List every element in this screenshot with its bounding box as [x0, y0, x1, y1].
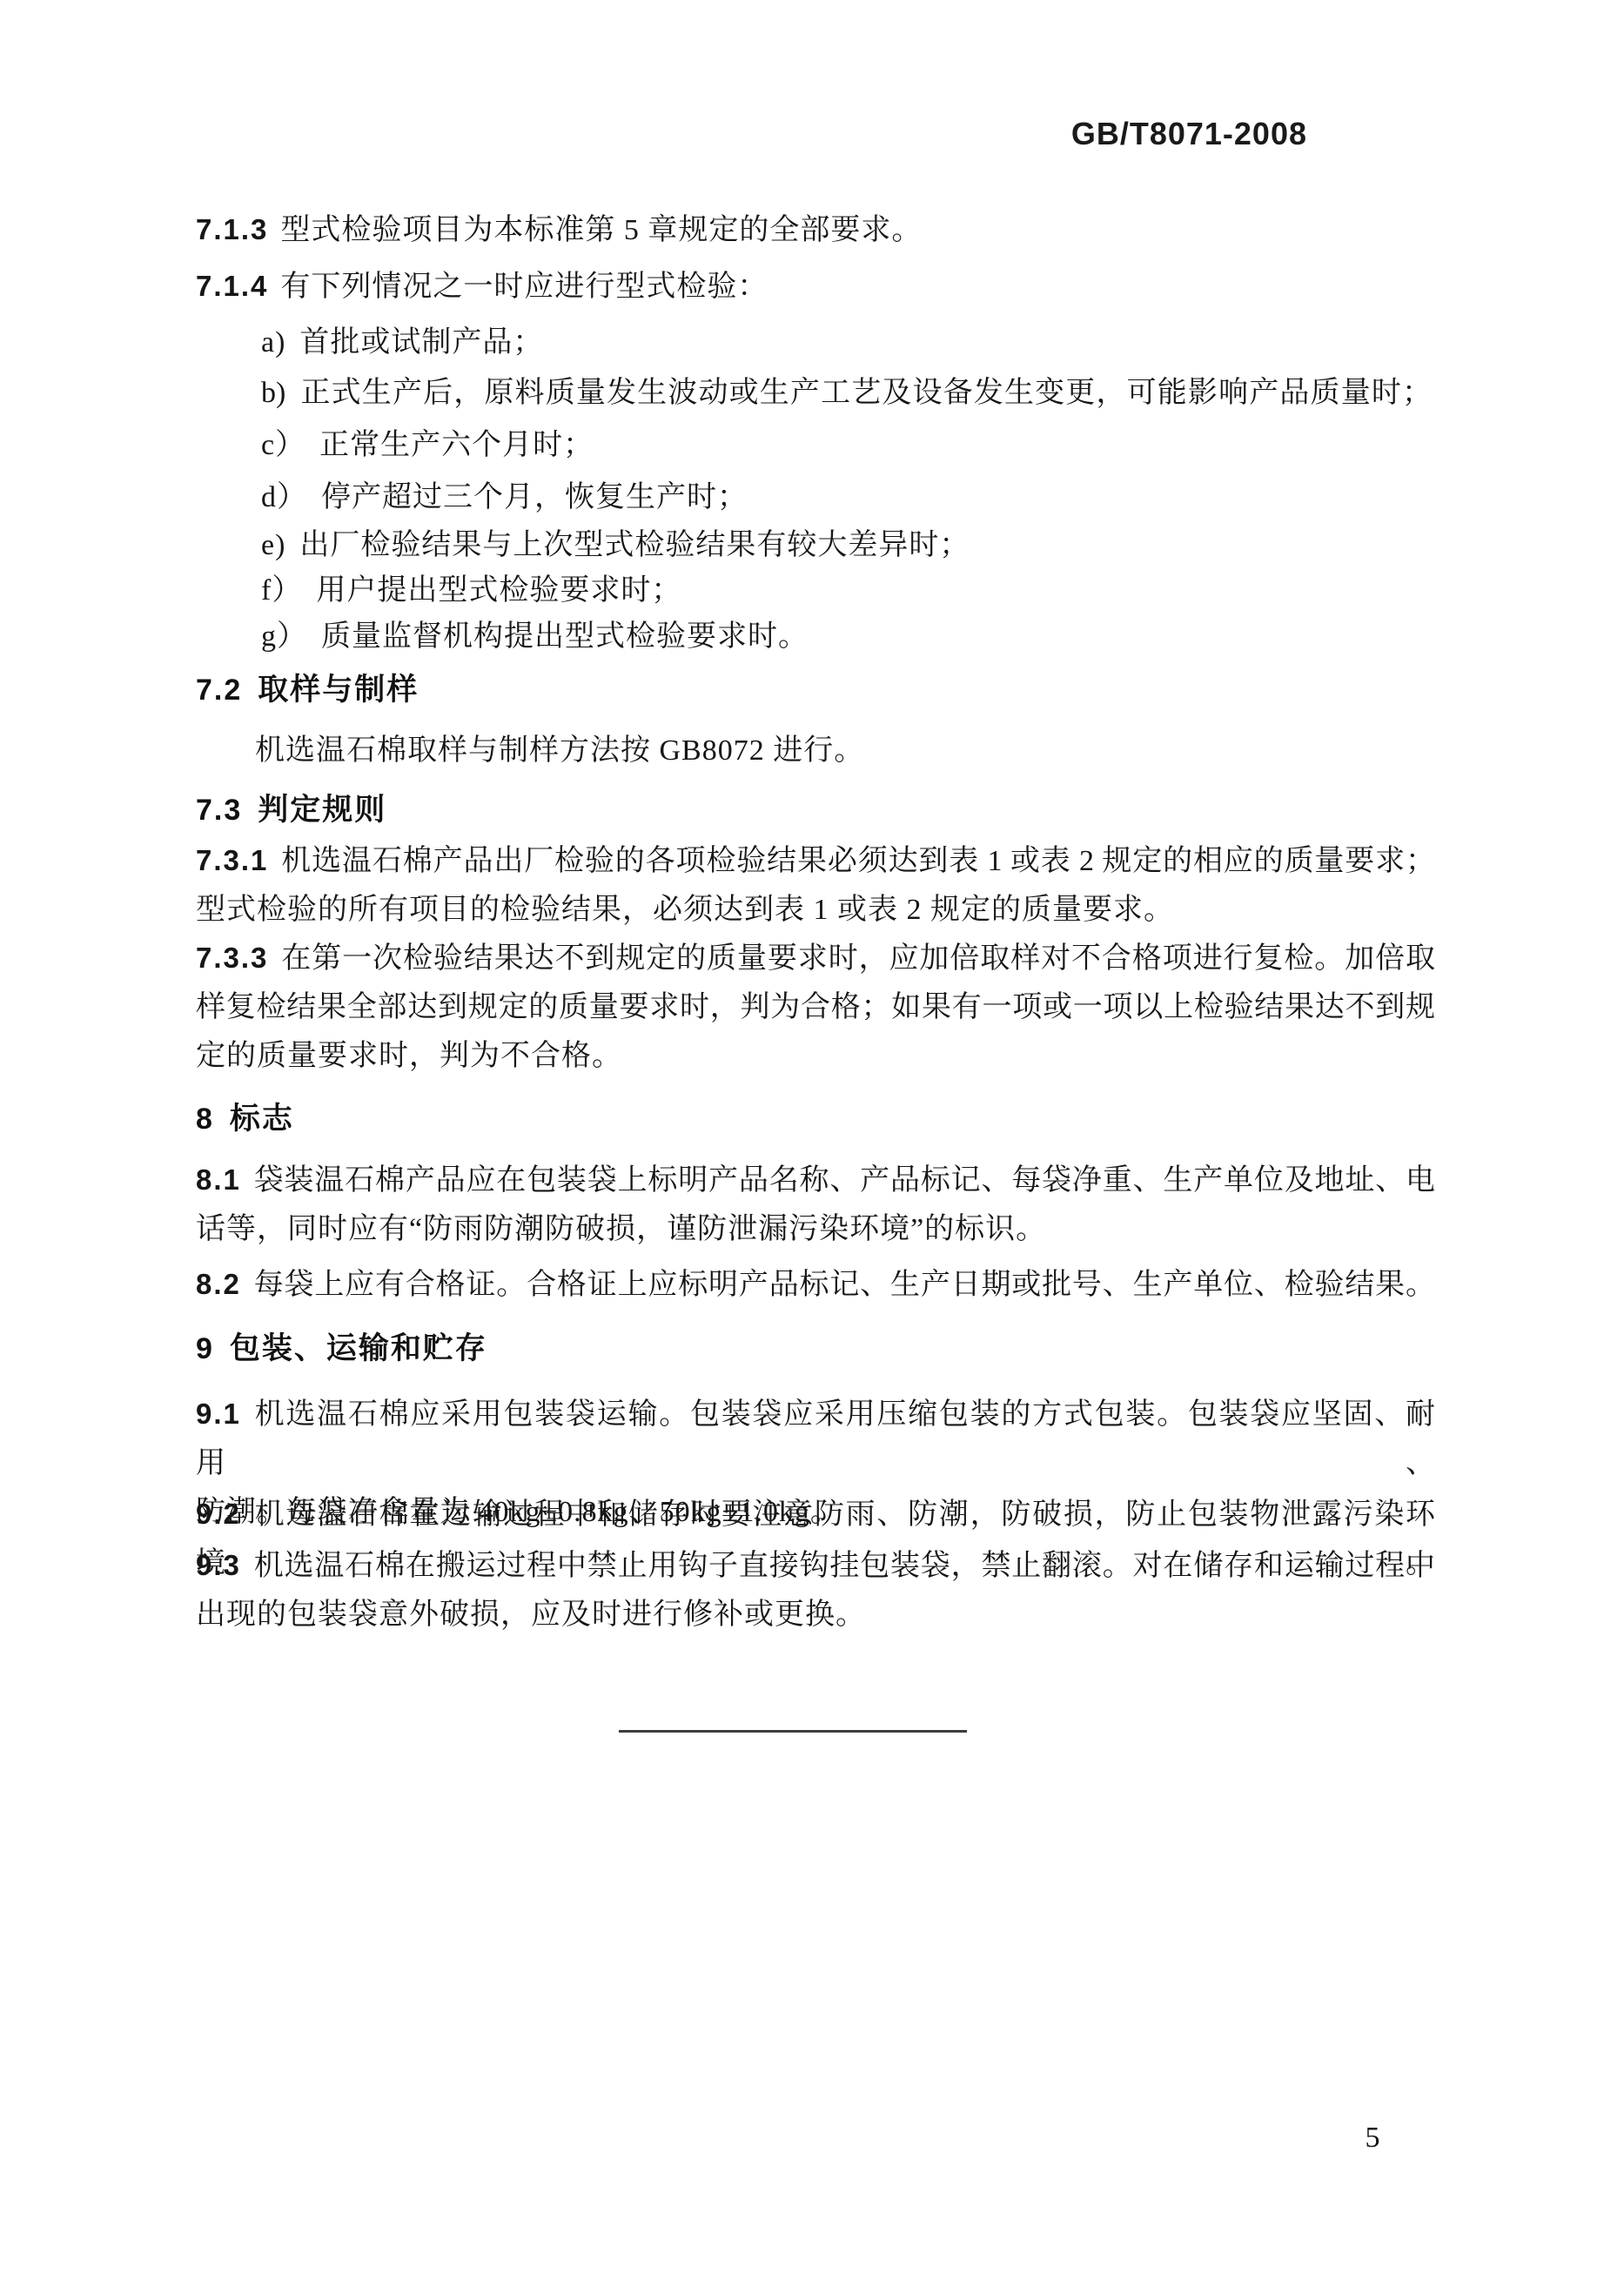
clause-number: 7.1.3 [196, 213, 268, 245]
clause-number: 8.1 [196, 1163, 241, 1196]
item-label: g） [261, 620, 307, 653]
list-item-g: g）质量监督机构提出型式检验要求时。 [261, 613, 1432, 661]
list-item-d: d）停产超过三个月，恢复生产时； [261, 473, 1432, 522]
end-of-text-divider [619, 1730, 967, 1733]
clause-text: 每袋上应有合格证。合格证上应标明产品标记、生产日期或批号、生产单位、检验结果。 [253, 1269, 1435, 1301]
heading-number: 9 [196, 1332, 214, 1365]
clause-text: 出现的包装袋意外破损，应及时进行修补或更换。 [196, 1599, 866, 1631]
clause-number: 9.1 [196, 1398, 241, 1430]
clause-text: 型式检验的所有项目的检验结果，必须达到表 1 或表 2 规定的质量要求。 [196, 894, 1174, 926]
heading-number: 7.2 [196, 674, 242, 707]
item-text: 停产超过三个月，恢复生产时； [321, 481, 748, 513]
clause-text: 在第一次检验结果达不到规定的质量要求时，应加倍取样对不合格项进行复检。加倍取 [280, 942, 1435, 975]
standard-number: GB/T8071-2008 [0, 116, 1307, 152]
heading-text: 取样与制样 [258, 673, 419, 707]
item-label: b) [261, 377, 285, 409]
item-text: 用户提出型式检验要求时； [316, 574, 681, 607]
list-item-b: b)正式生产后，原料质量发生波动或生产工艺及设备发生变更，可能影响产品质量时； [261, 369, 1432, 418]
para-7-2: 机选温石棉取样与制样方法按 GB8072 进行。 [255, 727, 1435, 775]
clause-8-1: 8.1袋装温石棉产品应在包装袋上标明产品名称、产品标记、每袋净重、生产单位及地址… [196, 1156, 1435, 1254]
clause-number: 9.2 [196, 1498, 241, 1530]
heading-number: 8 [196, 1103, 214, 1136]
clause-number: 8.2 [196, 1268, 241, 1300]
clause-number: 7.1.4 [196, 270, 268, 302]
clause-8-2: 8.2每袋上应有合格证。合格证上应标明产品标记、生产日期或批号、生产单位、检验结… [196, 1260, 1435, 1310]
heading-7-2: 7.2取样与制样 [196, 666, 1435, 714]
heading-text: 包装、运输和贮存 [230, 1331, 487, 1365]
item-label: a) [261, 326, 285, 359]
clause-number: 7.3.1 [196, 844, 268, 876]
clause-number: 9.3 [196, 1549, 241, 1581]
clause-text: 有下列情况之一时应进行型式检验： [280, 271, 768, 303]
para-text: 机选温石棉取样与制样方法按 GB8072 进行。 [255, 734, 864, 767]
item-label: c） [261, 429, 305, 461]
item-label: e) [261, 529, 285, 561]
list-item-f: f）用户提出型式检验要求时； [261, 567, 1432, 615]
document-page: GB/T8071-2008 7.1.3型式检验项目为本标准第 5 章规定的全部要… [0, 0, 1624, 2293]
clause-text: 机选温石棉在搬运过程中禁止用钩子直接钩挂包装袋，禁止翻滚。对在储存和运输过程中 [253, 1550, 1435, 1582]
clause-text: 型式检验项目为本标准第 5 章规定的全部要求。 [280, 214, 922, 246]
heading-7-3: 7.3判定规则 [196, 786, 1435, 835]
clause-text: 样复检结果全部达到规定的质量要求时，判为合格；如果有一项或一项以上检验结果达不到… [196, 991, 1435, 1023]
item-text: 质量监督机构提出型式检验要求时。 [321, 620, 809, 653]
page-number: 5 [1345, 2122, 1400, 2155]
item-text: 首批或试制产品； [299, 326, 543, 359]
item-text: 正常生产六个月时； [319, 429, 594, 461]
clause-7-3-3: 7.3.3在第一次检验结果达不到规定的质量要求时，应加倍取样对不合格项进行复检。… [196, 934, 1435, 1081]
item-label: f） [261, 574, 302, 607]
clause-7-3-1: 7.3.1机选温石棉产品出厂检验的各项检验结果必须达到表 1 或表 2 规定的相… [196, 836, 1435, 935]
clause-text: 机选温石棉产品出厂检验的各项检验结果必须达到表 1 或表 2 规定的相应的质量要… [280, 845, 1435, 877]
clause-7-1-3: 7.1.3型式检验项目为本标准第 5 章规定的全部要求。 [196, 205, 1435, 255]
heading-text: 标志 [230, 1102, 294, 1136]
item-text: 正式生产后，原料质量发生波动或生产工艺及设备发生变更，可能影响产品质量时； [299, 377, 1432, 409]
heading-number: 7.3 [196, 794, 242, 827]
heading-8: 8标志 [196, 1095, 1435, 1143]
item-label: d） [261, 481, 307, 513]
clause-text: 机选温石棉应采用包装袋运输。包装袋应采用压缩包装的方式包装。包装袋应坚固、耐用、 [196, 1398, 1435, 1479]
clause-7-1-4: 7.1.4有下列情况之一时应进行型式检验： [196, 262, 1435, 312]
list-item-a: a)首批或试制产品； [261, 318, 1432, 367]
clause-9-3: 9.3机选温石棉在搬运过程中禁止用钩子直接钩挂包装袋，禁止翻滚。对在储存和运输过… [196, 1541, 1435, 1639]
list-item-c: c）正常生产六个月时； [261, 421, 1432, 470]
item-text: 出厂检验结果与上次型式检验结果有较大差异时； [299, 529, 970, 561]
clause-text: 定的质量要求时，判为不合格。 [196, 1040, 622, 1072]
clause-number: 7.3.3 [196, 942, 268, 974]
clause-text: 话等，同时应有“防雨防潮防破损，谨防泄漏污染环境”的标识。 [196, 1213, 1046, 1245]
heading-9: 9包装、运输和贮存 [196, 1324, 1435, 1373]
list-item-e: e)出厂检验结果与上次型式检验结果有较大差异时； [261, 521, 1432, 570]
heading-text: 判定规则 [258, 793, 386, 827]
clause-text: 袋装温石棉产品应在包装袋上标明产品名称、产品标记、每袋净重、生产单位及地址、电 [253, 1164, 1435, 1197]
